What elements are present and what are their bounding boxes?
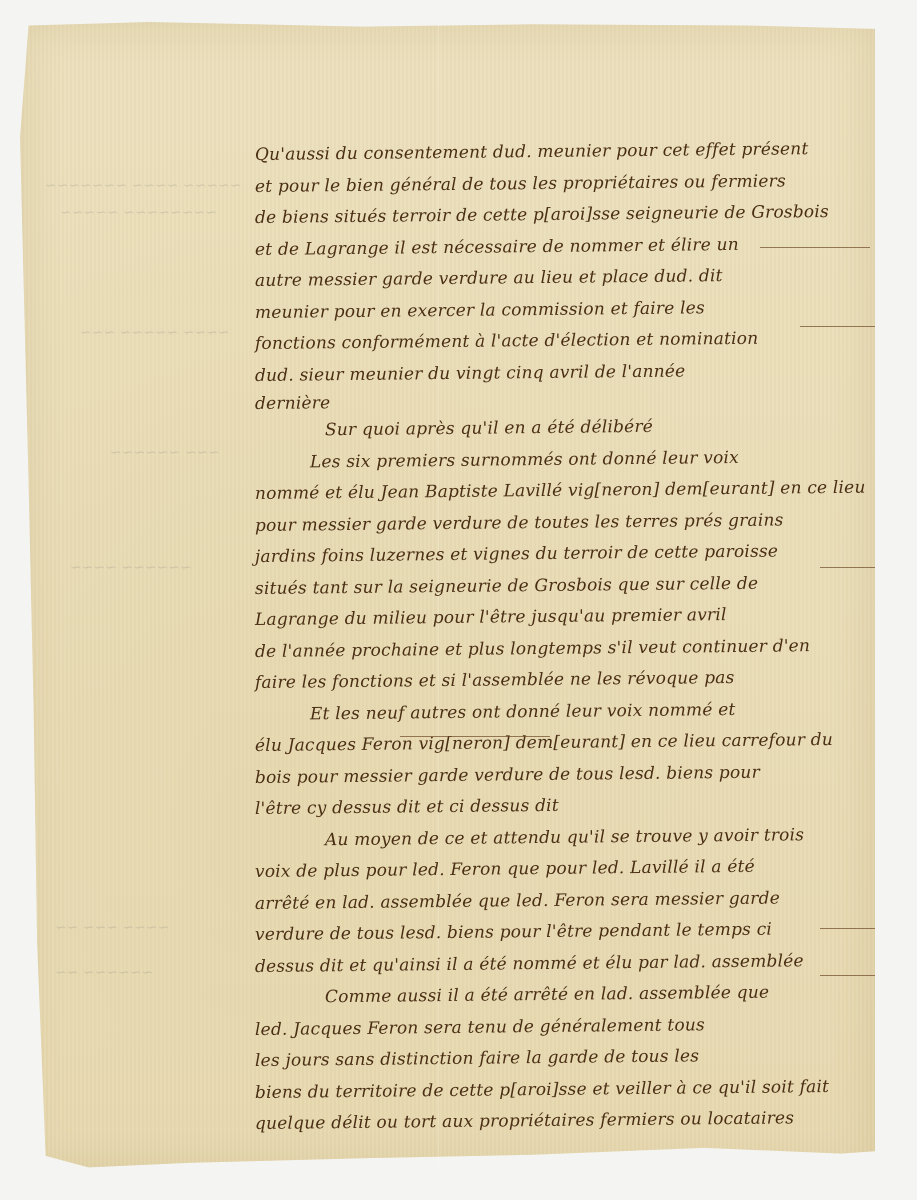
ink-flourish-line [800,326,875,327]
text-line: quelque délit ou tort aux propriétaires … [255,1102,895,1140]
ink-flourish-line [820,975,875,976]
ink-flourish-line [400,736,550,737]
ink-flourish-line [820,567,875,568]
scanned-document: ~~~~~ ~~~~ ~~~~~~~ ~~~~~~~~ ~~~~~ ~~~~ ~… [0,0,917,1200]
handwritten-text: Qu'aussi du consentement dud. meunier po… [255,140,895,1141]
ink-flourish-line [760,247,870,248]
ink-flourish-line [820,928,875,929]
